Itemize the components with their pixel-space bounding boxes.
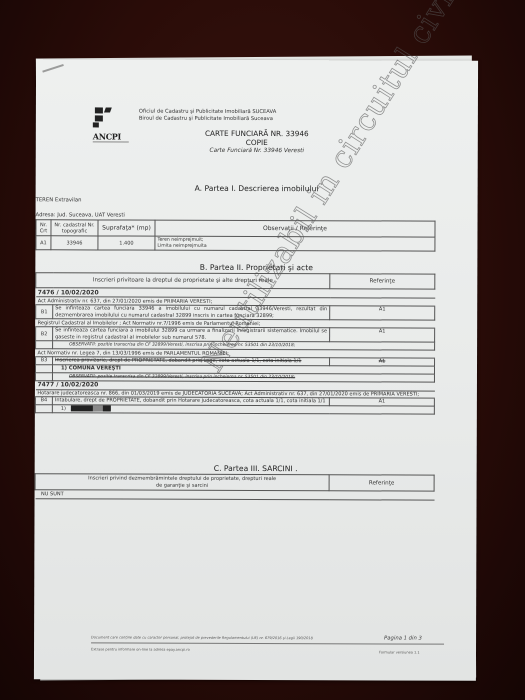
entry-ref: A1 [330,306,435,320]
property-address: Adresa: Jud. Suceava, UAT Veresti [36,212,125,218]
entry-code: B1 [36,305,53,319]
entry-text: Se infinteaza cartea funciara 33946 a im… [53,305,330,320]
part-a-table: Nr. Crt Nr. cadastral Nr. topografic Sup… [35,219,435,251]
entry-ref: A1 [330,328,435,342]
cell-area: 1.400 [98,236,155,250]
col-nr: Nr. Crt [36,220,51,236]
pen-mark [42,64,64,73]
part-c-table: Inscrieri privind dezmembrămintele drept… [35,473,435,500]
owner-redacted: 1) [52,404,434,413]
office-line-2: Biroul de Cadastru şi Publicitate Imobil… [139,116,276,123]
extract-note: Extrase pentru informare on-line la adre… [91,647,190,651]
entry-code: B2 [36,327,53,341]
col-area: Suprafaţa* (mp) [98,220,155,236]
property-type: TEREN Extravilan [36,197,82,203]
owner-index: 1) [61,406,66,412]
no-encumbrances: NU SUNT [35,490,434,500]
cell-nr: A1 [36,236,51,250]
col-refs: Referinţe [329,475,434,491]
form-version: Formular versiunea 1.1 [379,650,420,654]
footer-divider [91,642,444,644]
col-entries: Inscrieri privind dezmembrămintele drept… [35,474,329,491]
page-number: Pagina 1 din 3 [384,635,422,641]
office-name: Oficiul de Cadastru şi Publicitate Imobi… [139,109,276,123]
table-row: A1 33946 1.400 Teren neimprejmuit; Limit… [36,236,435,251]
col-cadastral: Nr. cadastral Nr. topografic [51,220,98,236]
col-entries-line-2: de garanţie şi sarcini [38,482,327,490]
entry-text: Se infinteaza cartea funciara a imobilul… [53,327,330,342]
copy-label: COPIE [36,137,478,148]
entry-code: B3 [36,357,53,365]
part-a-heading: A. Partea I. Descrierea imobilului [36,183,478,194]
redacted-name [71,405,111,411]
document-page: ANCPI Oficiul de Cadastru şi Publicitate… [34,59,478,681]
entry-code: B4 [35,397,52,405]
col-refs: Referinţe [330,274,435,289]
document-subtitle: Carte Funciară Nr. 33946 Veresti [36,147,478,155]
cell-cadastral: 33946 [51,236,98,250]
part-c-heading: C. Partea III. SARCINI . [35,463,477,474]
privacy-note: Document care conţine date cu caracter p… [91,635,313,640]
